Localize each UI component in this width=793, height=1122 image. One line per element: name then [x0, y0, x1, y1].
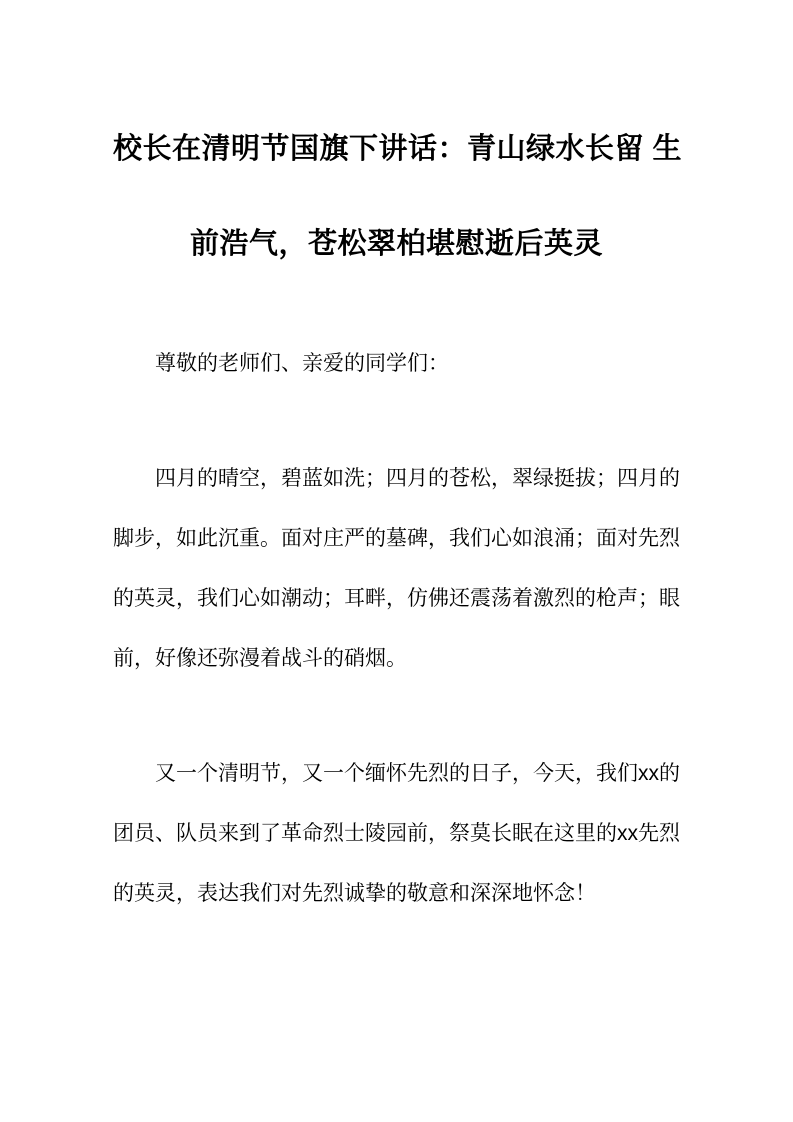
document-title: 校长在清明节国旗下讲话：青山绿水长留 生 前浩气，苍松翠柏堪慰逝后英灵: [113, 102, 680, 292]
title-line-1: 校长在清明节国旗下讲话：青山绿水长留 生: [113, 102, 680, 197]
title-line-2: 前浩气，苍松翠柏堪慰逝后英灵: [113, 197, 680, 292]
salutation: 尊敬的老师们、亲爱的同学们：: [113, 334, 680, 394]
body-paragraph-2: 又一个清明节，又一个缅怀先烈的日子，今天，我们xx的团员、队员来到了革命烈士陵园…: [113, 744, 680, 924]
body-paragraph-1: 四月的晴空，碧蓝如洗；四月的苍松，翠绿挺拔；四月的脚步，如此沉重。面对庄严的墓碑…: [113, 449, 680, 689]
document-page: 校长在清明节国旗下讲话：青山绿水长留 生 前浩气，苍松翠柏堪慰逝后英灵 尊敬的老…: [0, 0, 793, 1122]
